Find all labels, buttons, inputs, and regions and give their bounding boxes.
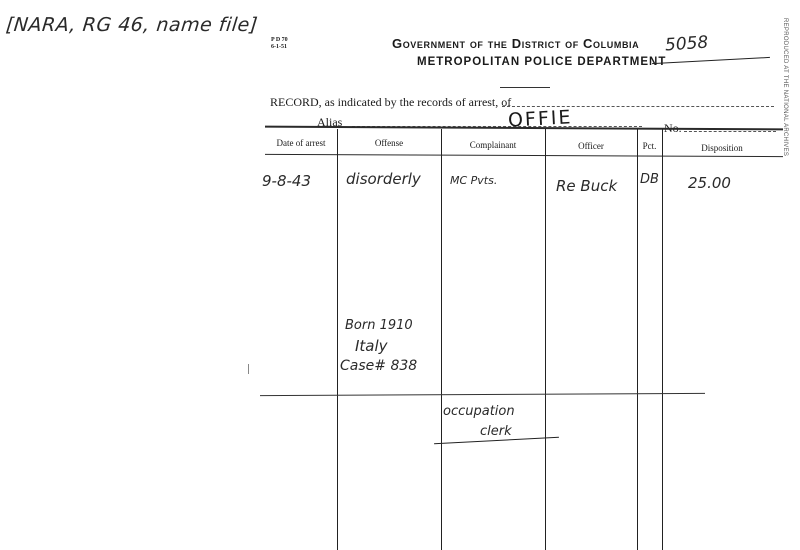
- form-revision-date: 6-1-51: [271, 44, 288, 51]
- record-label: RECORD, as indicated by the records of a…: [270, 95, 511, 110]
- note-case-number: Case# 838: [340, 358, 417, 374]
- no-field: [684, 131, 776, 132]
- archive-stamp: REPRODUCED AT THE NATIONAL ARCHIVES: [782, 18, 788, 156]
- column-divider: [337, 129, 338, 550]
- form-code: P D 70 6-1-51: [271, 37, 288, 51]
- form-title: Government of the District of Columbia: [392, 36, 639, 51]
- note-occupation-label: occupation: [443, 404, 515, 419]
- cell-date: 9-8-43: [262, 172, 311, 190]
- column-header-disposition: Disposition: [662, 143, 782, 153]
- note-occupation-value: clerk: [480, 424, 512, 439]
- table-header-rule: [265, 154, 783, 157]
- note-birthplace: Italy: [355, 337, 388, 355]
- form-subtitle: METROPOLITAN POLICE DEPARTMENT: [417, 56, 666, 68]
- column-divider: [441, 129, 442, 550]
- column-divider: [545, 129, 546, 550]
- margin-mark: [248, 364, 252, 374]
- form-code-number: P D 70: [271, 37, 288, 44]
- column-header-pct: Pct.: [637, 141, 662, 151]
- column-header-complainant: Complainant: [441, 140, 545, 150]
- record-number-underline: [652, 57, 770, 64]
- column-header-offense: Offense: [337, 138, 441, 148]
- cell-pct: DB: [640, 172, 659, 187]
- column-divider: [662, 129, 663, 550]
- cell-complainant: MC Pvts.: [450, 174, 497, 187]
- title-divider: [500, 87, 550, 88]
- cell-disposition: 25.00: [688, 174, 731, 192]
- cell-officer: Re Buck: [556, 177, 617, 195]
- record-number: 5058: [664, 33, 709, 56]
- cell-offense: disorderly: [346, 170, 421, 188]
- archival-annotation: [NARA, RG 46, name file]: [5, 14, 259, 36]
- column-header-officer: Officer: [545, 141, 637, 151]
- column-divider: [637, 129, 638, 550]
- note-born: Born 1910: [345, 318, 413, 333]
- section-divider: [260, 393, 705, 396]
- column-header-date: Date of arrest: [265, 138, 337, 148]
